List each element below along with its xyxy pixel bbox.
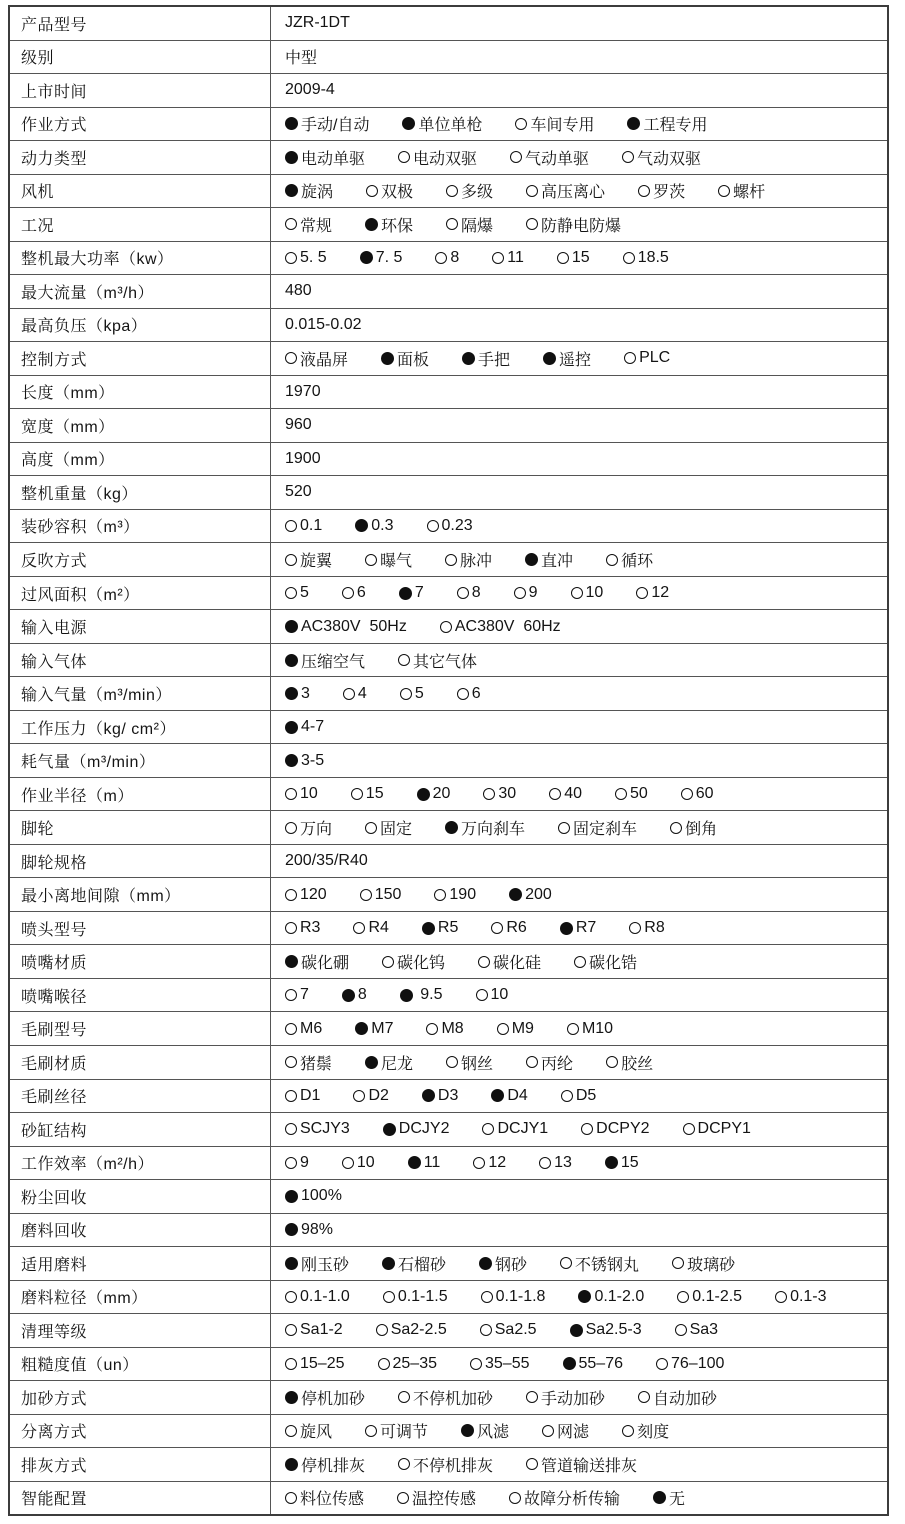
option-label: 自动加砂 [653, 1386, 717, 1409]
option-label: 工程专用 [643, 112, 707, 135]
spec-value: 猪鬃尼龙钢丝丙纶胶丝 [271, 1046, 887, 1079]
radio-empty-icon [497, 1023, 509, 1035]
spec-value: 压缩空气其它气体 [271, 644, 887, 677]
option: 碳化钨 [382, 950, 445, 973]
radio-empty-icon [343, 688, 355, 700]
radio-empty-icon [492, 252, 504, 264]
radio-empty-icon [445, 554, 457, 566]
option: 碳化硼 [285, 950, 349, 973]
option: 钢砂 [479, 1252, 527, 1275]
option: 停机排灰 [285, 1453, 365, 1476]
option: D1 [285, 1087, 320, 1105]
radio-empty-icon [446, 185, 458, 197]
radio-filled-icon [543, 352, 556, 365]
table-row: 毛刷型号M6M7M8M9M10 [10, 1011, 887, 1045]
radio-empty-icon [285, 1123, 297, 1135]
radio-empty-icon [567, 1023, 579, 1035]
spec-label: 工作压力（kg/ cm²） [10, 711, 271, 744]
option-label: 0.1-2.0 [594, 1288, 644, 1306]
radio-empty-icon [457, 587, 469, 599]
option-label: 环保 [381, 213, 413, 236]
radio-empty-icon [526, 185, 538, 197]
spec-value: 15–2525–3535–5555–7676–100 [271, 1348, 887, 1381]
option: 万向 [285, 816, 332, 839]
option-label: AC380V 50Hz [301, 618, 407, 636]
option-label: 停机排灰 [301, 1453, 365, 1476]
radio-filled-icon [560, 922, 573, 935]
radio-empty-icon [677, 1291, 689, 1303]
spec-label: 作业方式 [10, 108, 271, 141]
spec-label: 脚轮规格 [10, 845, 271, 878]
option: 7 [285, 986, 309, 1004]
option: 尼龙 [365, 1051, 413, 1074]
spec-value: 1970 [271, 376, 887, 409]
spec-text-value: 2009-4 [285, 81, 335, 99]
spec-label: 粉尘回收 [10, 1180, 271, 1213]
option: 气动单驱 [510, 146, 589, 169]
option-label: 15–25 [300, 1355, 345, 1373]
option-label: 150 [375, 886, 402, 904]
spec-label: 最小离地间隙（mm） [10, 878, 271, 911]
option: 0.1-3 [775, 1288, 826, 1306]
spec-value: 万向固定万向刹车固定刹车倒角 [271, 811, 887, 844]
option: 9 [285, 1154, 309, 1172]
table-row: 脚轮规格200/35/R40 [10, 844, 887, 878]
option-label: 玻璃砂 [687, 1252, 735, 1275]
spec-value: 3-5 [271, 744, 887, 777]
option: M10 [567, 1020, 613, 1038]
option-label: 风滤 [477, 1419, 509, 1442]
spec-text-value: 0.015-0.02 [285, 316, 362, 334]
table-row: 级别中型 [10, 40, 887, 74]
table-row: 磨料粒径（mm）0.1-1.00.1-1.50.1-1.80.1-2.00.1-… [10, 1280, 887, 1314]
radio-empty-icon [509, 1492, 521, 1504]
radio-empty-icon [623, 252, 635, 264]
option: 120 [285, 886, 327, 904]
option-label: 气动双驱 [637, 146, 701, 169]
option-label: 气动单驱 [525, 146, 589, 169]
option: 0.1-2.0 [578, 1288, 644, 1306]
option: 常规 [285, 213, 332, 236]
radio-empty-icon [285, 218, 297, 230]
option: 双极 [366, 179, 413, 202]
option-label: 3-5 [301, 752, 324, 770]
option: M7 [355, 1020, 393, 1038]
spec-value: 4-7 [271, 711, 887, 744]
radio-empty-icon [285, 1425, 297, 1437]
option-label: DCPY1 [698, 1120, 751, 1138]
option-label: 5 [415, 685, 424, 703]
radio-empty-icon [629, 922, 641, 934]
radio-empty-icon [636, 587, 648, 599]
option: 故障分析传输 [509, 1486, 620, 1509]
option: 气动双驱 [622, 146, 701, 169]
option-label: 10 [491, 986, 509, 1004]
option: 18.5 [623, 249, 669, 267]
option-label: 面板 [397, 347, 429, 370]
option-label: 8 [450, 249, 459, 267]
radio-empty-icon [526, 218, 538, 230]
table-row: 动力类型电动单驱电动双驱气动单驱气动双驱 [10, 140, 887, 174]
spec-value: 电动单驱电动双驱气动单驱气动双驱 [271, 141, 887, 174]
option: 5 [400, 685, 424, 703]
option: 0.3 [355, 517, 393, 535]
option-label: 0.1-1.8 [496, 1288, 546, 1306]
option-label: AC380V 60Hz [455, 618, 561, 636]
radio-empty-icon [446, 1056, 458, 1068]
radio-empty-icon [681, 788, 693, 800]
radio-empty-icon [285, 587, 297, 599]
radio-empty-icon [382, 956, 394, 968]
table-row: 加砂方式停机加砂不停机加砂手动加砂自动加砂 [10, 1380, 887, 1414]
spec-text-value: 中型 [285, 45, 317, 68]
option-label: 7 [300, 986, 309, 1004]
radio-filled-icon [383, 1123, 396, 1136]
spec-label: 最高负压（kpa） [10, 309, 271, 342]
table-row: 控制方式液晶屏面板手把遥控PLC [10, 341, 887, 375]
option-label: 0.1-2.5 [692, 1288, 742, 1306]
radio-filled-icon [360, 251, 373, 264]
option-label: 55–76 [579, 1355, 624, 1373]
option-label: D4 [507, 1087, 527, 1105]
table-row: 粉尘回收100% [10, 1179, 887, 1213]
spec-value: 78 9.510 [271, 979, 887, 1012]
option: 自动加砂 [638, 1386, 717, 1409]
option-label: 15 [572, 249, 590, 267]
radio-filled-icon [285, 117, 298, 130]
radio-filled-icon [365, 218, 378, 231]
radio-filled-icon [479, 1257, 492, 1270]
radio-empty-icon [285, 1291, 297, 1303]
option-label: 螺杆 [733, 179, 765, 202]
radio-empty-icon [638, 1391, 650, 1403]
spec-text-value: 200/35/R40 [285, 852, 368, 870]
option-label: D1 [300, 1087, 320, 1105]
option-label: 防静电防爆 [541, 213, 621, 236]
option-label: 固定刹车 [573, 816, 637, 839]
spec-value: 手动/自动单位单枪车间专用工程专用 [271, 108, 887, 141]
option-label: 10 [357, 1154, 375, 1172]
option-label: DCPY2 [596, 1120, 649, 1138]
option: 不停机加砂 [398, 1386, 493, 1409]
option-label: 万向 [300, 816, 332, 839]
table-row: 毛刷丝径D1D2D3D4D5 [10, 1079, 887, 1113]
option: 11 [492, 249, 524, 267]
spec-label: 适用磨料 [10, 1247, 271, 1280]
table-row: 脚轮万向固定万向刹车固定刹车倒角 [10, 810, 887, 844]
option: DCPY2 [581, 1120, 649, 1138]
spec-value: 旋翼曝气脉冲直冲循环 [271, 543, 887, 576]
table-row: 上市时间2009-4 [10, 73, 887, 107]
radio-filled-icon [285, 151, 298, 164]
radio-empty-icon [560, 1257, 572, 1269]
option: 150 [360, 886, 402, 904]
radio-empty-icon [478, 956, 490, 968]
option: 190 [434, 886, 476, 904]
option: 单位单枪 [402, 112, 482, 135]
table-row: 喷嘴材质碳化硼碳化钨碳化硅碳化锆 [10, 944, 887, 978]
table-row: 排灰方式停机排灰不停机排灰管道输送排灰 [10, 1447, 887, 1481]
option-label: 20 [433, 785, 451, 803]
option-label: 15 [366, 785, 384, 803]
option-label: 电动双驱 [413, 146, 477, 169]
option: 13 [539, 1154, 572, 1172]
option: M9 [497, 1020, 534, 1038]
radio-filled-icon [285, 1391, 298, 1404]
radio-empty-icon [351, 788, 363, 800]
option: 旋涡 [285, 179, 333, 202]
radio-empty-icon [342, 1157, 354, 1169]
spec-text-value: 480 [285, 282, 312, 300]
option-label: R6 [506, 919, 526, 937]
option: PLC [624, 349, 670, 367]
option-label: 网滤 [557, 1419, 589, 1442]
option: 35–55 [470, 1355, 530, 1373]
radio-empty-icon [446, 218, 458, 230]
radio-filled-icon [355, 519, 368, 532]
option-label: 钢丝 [461, 1051, 493, 1074]
spec-value: R3R4R5R6R7R8 [271, 912, 887, 945]
spec-value: 520 [271, 476, 887, 509]
option-label: 手把 [478, 347, 510, 370]
option-label: 不停机加砂 [413, 1386, 493, 1409]
option-label: 98% [301, 1221, 333, 1239]
spec-label: 加砂方式 [10, 1381, 271, 1414]
option-label: 15 [621, 1154, 639, 1172]
table-row: 适用磨料刚玉砂石榴砂钢砂不锈钢丸玻璃砂 [10, 1246, 887, 1280]
spec-value: 1900 [271, 443, 887, 476]
option: 高压离心 [526, 179, 605, 202]
option-label: 8 [358, 986, 367, 1004]
table-row: 反吹方式旋翼曝气脉冲直冲循环 [10, 542, 887, 576]
option-label: 车间专用 [530, 112, 594, 135]
radio-empty-icon [378, 1358, 390, 1370]
table-row: 高度（mm）1900 [10, 442, 887, 476]
radio-empty-icon [435, 252, 447, 264]
spec-value: 旋风可调节风滤网滤刻度 [271, 1415, 887, 1448]
option-label: D3 [438, 1087, 458, 1105]
option: 0.1-1.8 [481, 1288, 546, 1306]
option: 76–100 [656, 1355, 724, 1373]
table-row: 最大流量（m³/h）480 [10, 274, 887, 308]
option: Sa2.5 [480, 1321, 537, 1339]
option-label: 5. 5 [300, 249, 327, 267]
option: 电动双驱 [398, 146, 477, 169]
option: R6 [491, 919, 526, 937]
option: 风滤 [461, 1419, 509, 1442]
option-label: DCJY2 [399, 1120, 450, 1138]
spec-text-value: 1970 [285, 383, 321, 401]
table-row: 智能配置料位传感温控传感故障分析传输无 [10, 1481, 887, 1515]
radio-filled-icon [563, 1357, 576, 1370]
radio-empty-icon [398, 151, 410, 163]
option-label: 碳化钨 [397, 950, 445, 973]
radio-empty-icon [285, 1023, 297, 1035]
table-row: 装砂容积（m³）0.10.30.23 [10, 509, 887, 543]
option: Sa3 [675, 1321, 718, 1339]
option: 多级 [446, 179, 493, 202]
option: DCPY1 [683, 1120, 751, 1138]
spec-value: 0.1-1.00.1-1.50.1-1.80.1-2.00.1-2.50.1-3 [271, 1281, 887, 1314]
option-label: Sa2-2.5 [391, 1321, 447, 1339]
option: 不锈钢丸 [560, 1252, 639, 1275]
option: 不停机排灰 [398, 1453, 493, 1476]
spec-value: 料位传感温控传感故障分析传输无 [271, 1482, 887, 1515]
option-label: 无 [669, 1486, 685, 1509]
radio-empty-icon [285, 1492, 297, 1504]
option: DCJY1 [482, 1120, 548, 1138]
option-label: 8 [472, 584, 481, 602]
spec-value: 2009-4 [271, 74, 887, 107]
option: 200 [509, 886, 552, 904]
radio-empty-icon [638, 185, 650, 197]
spec-value: 120150190200 [271, 878, 887, 911]
option: 直冲 [525, 548, 573, 571]
spec-label: 清理等级 [10, 1314, 271, 1347]
spec-label: 作业半径（m） [10, 778, 271, 811]
spec-text-value: 520 [285, 483, 312, 501]
option-label: 0.1 [300, 517, 322, 535]
table-row: 最小离地间隙（mm）120150190200 [10, 877, 887, 911]
spec-value: D1D2D3D4D5 [271, 1080, 887, 1113]
option-label: 可调节 [380, 1419, 428, 1442]
table-row: 毛刷材质猪鬃尼龙钢丝丙纶胶丝 [10, 1045, 887, 1079]
option-label: 9 [300, 1154, 309, 1172]
radio-empty-icon [775, 1291, 787, 1303]
radio-empty-icon [457, 688, 469, 700]
option: 10 [342, 1154, 375, 1172]
radio-filled-icon [285, 184, 298, 197]
option: 压缩空气 [285, 649, 365, 672]
radio-empty-icon [606, 554, 618, 566]
spec-value: 100% [271, 1180, 887, 1213]
radio-empty-icon [360, 889, 372, 901]
option: 100% [285, 1187, 342, 1205]
option-label: 9 [529, 584, 538, 602]
radio-empty-icon [683, 1123, 695, 1135]
spec-value: JZR-1DT [271, 7, 887, 40]
option-label: M7 [371, 1020, 393, 1038]
table-row: 输入气体压缩空气其它气体 [10, 643, 887, 677]
table-row: 工况常规环保隔爆防静电防爆 [10, 207, 887, 241]
table-row: 磨料回收98% [10, 1213, 887, 1247]
option: 固定 [365, 816, 412, 839]
spec-value: SCJY3DCJY2DCJY1DCPY2DCPY1 [271, 1113, 887, 1146]
option-label: 常规 [300, 213, 332, 236]
option-label: 76–100 [671, 1355, 724, 1373]
option-label: 手动/自动 [301, 112, 369, 135]
spec-value: 10152030405060 [271, 778, 887, 811]
option: 停机加砂 [285, 1386, 365, 1409]
option-label: 18.5 [638, 249, 669, 267]
option-label: 高压离心 [541, 179, 605, 202]
option: 0.1 [285, 517, 322, 535]
option: 液晶屏 [285, 347, 348, 370]
radio-empty-icon [473, 1157, 485, 1169]
spec-label: 级别 [10, 41, 271, 74]
option: 手动加砂 [526, 1386, 605, 1409]
option-label: 6 [357, 584, 366, 602]
radio-filled-icon [408, 1156, 421, 1169]
spec-sheet-page: 产品型号JZR-1DT级别中型上市时间2009-4作业方式手动/自动单位单枪车间… [0, 0, 905, 1524]
radio-empty-icon [285, 788, 297, 800]
option-label: 190 [449, 886, 476, 904]
radio-empty-icon [285, 989, 297, 1001]
option: 12 [636, 584, 669, 602]
table-row: 整机最大功率（kw）5. 57. 58111518.5 [10, 241, 887, 275]
option: M6 [285, 1020, 322, 1038]
option: 10 [285, 785, 318, 803]
option-label: 5 [300, 584, 309, 602]
radio-filled-icon [605, 1156, 618, 1169]
option-label: DCJY1 [497, 1120, 548, 1138]
option-label: 曝气 [380, 548, 412, 571]
spec-value: 200/35/R40 [271, 845, 887, 878]
option-label: R3 [300, 919, 320, 937]
radio-filled-icon [285, 1458, 298, 1471]
option: 3-5 [285, 752, 324, 770]
option-label: 液晶屏 [300, 347, 348, 370]
spec-label: 整机重量（kg） [10, 476, 271, 509]
spec-value: 液晶屏面板手把遥控PLC [271, 342, 887, 375]
option: R7 [560, 919, 596, 937]
option-label: D2 [368, 1087, 388, 1105]
radio-empty-icon [383, 1291, 395, 1303]
radio-empty-icon [398, 654, 410, 666]
radio-filled-icon [382, 1257, 395, 1270]
option: 15 [557, 249, 590, 267]
option: 罗茨 [638, 179, 685, 202]
spec-label: 输入电源 [10, 610, 271, 643]
table-row: 过风面积（m²）567891012 [10, 576, 887, 610]
spec-value: Sa1-2Sa2-2.5Sa2.5Sa2.5-3Sa3 [271, 1314, 887, 1347]
radio-filled-icon [578, 1290, 591, 1303]
option-label: 30 [498, 785, 516, 803]
option-label: M6 [300, 1020, 322, 1038]
spec-label: 毛刷材质 [10, 1046, 271, 1079]
option-label: 碳化硼 [301, 950, 349, 973]
radio-empty-icon [476, 989, 488, 1001]
table-row: 风机旋涡双极多级高压离心罗茨螺杆 [10, 174, 887, 208]
radio-filled-icon [285, 1257, 298, 1270]
radio-empty-icon [365, 554, 377, 566]
option-label: M10 [582, 1020, 613, 1038]
option-label: 双极 [381, 179, 413, 202]
radio-empty-icon [400, 688, 412, 700]
radio-empty-icon [622, 1425, 634, 1437]
option: 98% [285, 1221, 333, 1239]
option: 3 [285, 685, 310, 703]
radio-empty-icon [427, 520, 439, 532]
option: 环保 [365, 213, 413, 236]
table-row: 作业方式手动/自动单位单枪车间专用工程专用 [10, 107, 887, 141]
option-label: M9 [512, 1020, 534, 1038]
option: 5. 5 [285, 249, 327, 267]
radio-empty-icon [285, 1056, 297, 1068]
option: SCJY3 [285, 1120, 350, 1138]
option-label: 石榴砂 [398, 1252, 446, 1275]
option-label: 旋翼 [300, 548, 332, 571]
option: 20 [417, 785, 451, 803]
spec-label: 磨料粒径（mm） [10, 1281, 271, 1314]
option-label: R5 [438, 919, 458, 937]
option: 15–25 [285, 1355, 345, 1373]
spec-label: 装砂容积（m³） [10, 510, 271, 543]
option: 旋翼 [285, 548, 332, 571]
radio-empty-icon [571, 587, 583, 599]
option: 工程专用 [627, 112, 707, 135]
radio-empty-icon [398, 1458, 410, 1470]
